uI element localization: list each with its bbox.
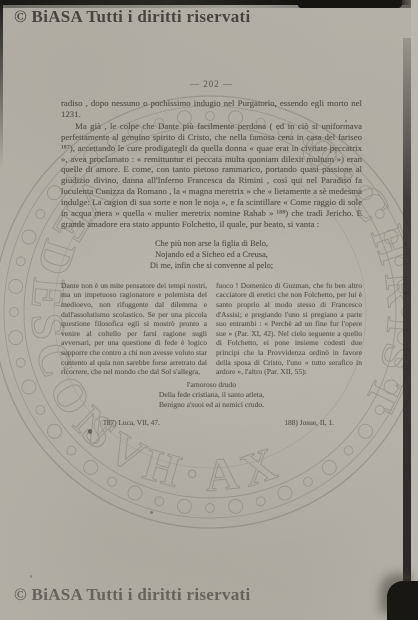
- scan-edge-left: [0, 0, 3, 175]
- page-content: — 202 — radiso , dopo nessuno o pochissi…: [61, 79, 362, 427]
- scanned-book-page: { "watermark": { "top": "© BiASA Tutti i…: [0, 0, 418, 620]
- footnote-references: 187) Luca, VII, 47. 188) Josue, II, 1.: [61, 418, 362, 427]
- verse-block: l'amoroso drudo Della fede cristiana, il…: [61, 380, 362, 410]
- verse-line: l'amoroso drudo: [61, 380, 362, 390]
- footnote-section: Dante non è un mite pensatore dei tempi …: [61, 281, 362, 377]
- verse-line: Benigno a'suoi ed ai nemici crudo.: [61, 400, 362, 410]
- paper-speck: [150, 511, 153, 514]
- paper-speck: [30, 575, 32, 578]
- verse-line: Della fede cristiana, il santo atleta,: [61, 390, 362, 400]
- verse-line: Di me, infin che si convenne al pelo;: [61, 260, 362, 271]
- verse-block: Che più non arse la figlia di Belo, Noja…: [61, 238, 362, 271]
- copyright-watermark-bottom: © BiASA Tutti i diritti riservati: [14, 585, 251, 605]
- verse-line: Che più non arse la figlia di Belo,: [61, 238, 362, 249]
- reference: 188) Josue, II, 1.: [284, 418, 334, 427]
- book-gutter-shadow: [403, 38, 411, 620]
- scan-edge-top-right: [298, 0, 402, 8]
- page-number: — 202 —: [61, 79, 362, 89]
- footnote-column-right: fuoco ! Domenico di Guzman, che fu ben a…: [216, 281, 362, 377]
- reference: 187) Luca, VII, 47.: [103, 418, 160, 427]
- paper-speck: [345, 120, 347, 122]
- copyright-watermark-top: © BiASA Tutti i diritti riservati: [14, 7, 251, 27]
- paragraph: Ma già , le colpe che Dante più facilmen…: [61, 121, 362, 230]
- verse-line: Nojando ed a Sicheo ed a Creusa,: [61, 249, 362, 260]
- scan-corner-bottom-right: [387, 581, 418, 620]
- footnote-column-left: Dante non è un mite pensatore dei tempi …: [61, 281, 207, 377]
- page-edge-right: [411, 0, 418, 620]
- paper-speck: [88, 429, 92, 434]
- paragraph: radiso , dopo nessuno o pochissimo indug…: [61, 98, 362, 120]
